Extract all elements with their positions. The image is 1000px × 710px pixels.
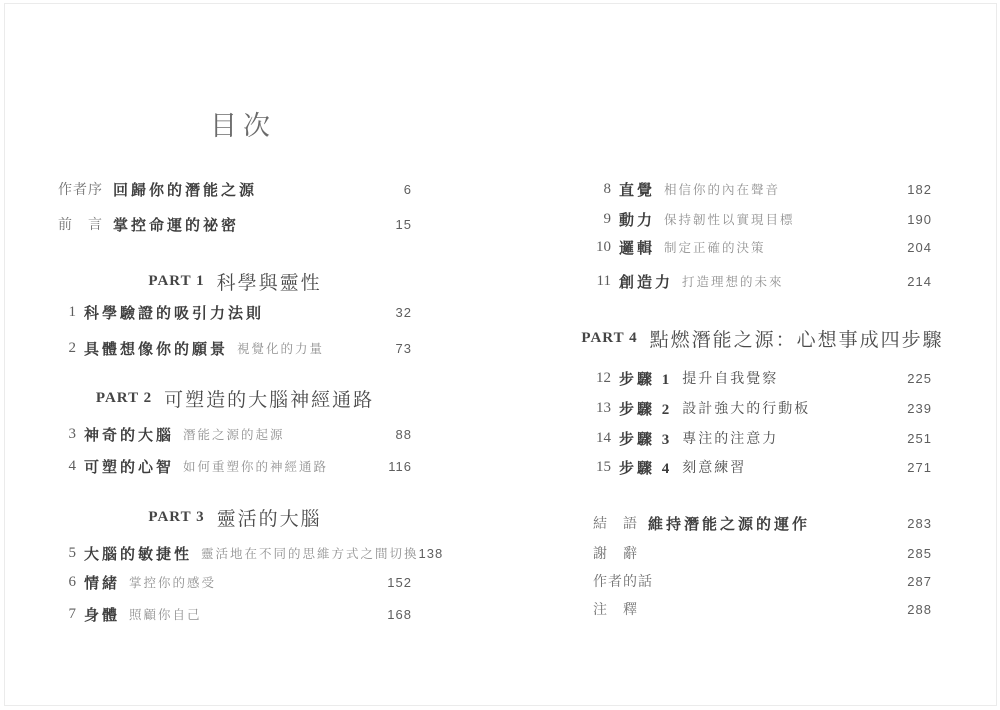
entry-title: 動力 bbox=[619, 209, 655, 230]
entry-title: 情緒 bbox=[84, 572, 120, 593]
page-number: 251 bbox=[907, 431, 932, 446]
page-number: 116 bbox=[388, 459, 412, 474]
entry-title: 掌控命運的祕密 bbox=[113, 214, 239, 235]
entry-title: 身體 bbox=[84, 604, 120, 625]
toc-row: 3神奇的大腦潛能之源的起源88 bbox=[58, 423, 412, 445]
entry-title: 大腦的敏捷性 bbox=[84, 543, 192, 564]
toc-row: 前 言掌控命運的祕密15 bbox=[58, 213, 412, 235]
toc-row: 作者的話287 bbox=[593, 570, 932, 592]
part-label: PART 1 bbox=[148, 273, 204, 290]
entry-title: 步驟 1 bbox=[619, 368, 672, 389]
toc-column-right: 8直覺相信你的內在聲音1829動力保持韌性以實現目標19010邏輯制定正確的決策… bbox=[593, 178, 932, 620]
chapter-number: 14 bbox=[593, 430, 611, 447]
page-number: 190 bbox=[907, 212, 932, 227]
chapter-number: 9 bbox=[593, 211, 611, 228]
page-number: 182 bbox=[907, 182, 932, 197]
chapter-number: 10 bbox=[593, 239, 611, 256]
page-number: 285 bbox=[907, 546, 932, 561]
page-number: 152 bbox=[387, 575, 412, 590]
page-number: 239 bbox=[907, 401, 932, 416]
entry-subtitle: 視覺化的力量 bbox=[237, 339, 324, 357]
part-title: 點燃潛能之源：心想事成四步驟 bbox=[650, 325, 944, 352]
chapter-number: 7 bbox=[58, 606, 76, 623]
chapter-number: 4 bbox=[58, 458, 76, 475]
entry-title: 步驟 2 bbox=[619, 398, 672, 419]
toc-row: 6情緒掌控你的感受152 bbox=[58, 571, 412, 593]
chapter-number: 1 bbox=[58, 304, 76, 321]
section-label: 注 釋 bbox=[593, 599, 638, 619]
toc-page: 目次 作者序回歸你的潛能之源6前 言掌控命運的祕密15PART 1科學與靈性1科… bbox=[0, 0, 1000, 710]
part-title: 科學與靈性 bbox=[217, 268, 322, 295]
entry-subtitle: 如何重塑你的神經通路 bbox=[183, 457, 328, 475]
chapter-number: 15 bbox=[593, 459, 611, 476]
page-number: 271 bbox=[907, 460, 932, 475]
toc-column-left: 作者序回歸你的潛能之源6前 言掌控命運的祕密15PART 1科學與靈性1科學驗證… bbox=[58, 178, 412, 625]
section-label: 作者序 bbox=[58, 179, 103, 199]
entry-title: 科學驗證的吸引力法則 bbox=[84, 302, 264, 323]
entry-subtitle: 照顧你自己 bbox=[129, 605, 202, 623]
toc-row: 9動力保持韌性以實現目標190 bbox=[593, 208, 932, 230]
toc-row: 11創造力打造理想的未來214 bbox=[593, 270, 932, 292]
part-heading: PART 2可塑造的大腦神經通路 bbox=[58, 387, 412, 409]
page-number: 138 bbox=[419, 546, 444, 561]
entry-title: 直覺 bbox=[619, 179, 655, 200]
page-number: 32 bbox=[396, 305, 412, 320]
toc-row: 1科學驗證的吸引力法則32 bbox=[58, 301, 412, 323]
part-label: PART 4 bbox=[581, 330, 637, 347]
chapter-number: 11 bbox=[593, 273, 611, 290]
entry-subtitle: 打造理想的未來 bbox=[682, 272, 784, 290]
page-number: 283 bbox=[907, 516, 932, 531]
part-heading: PART 3靈活的大腦 bbox=[58, 506, 412, 528]
part-title: 靈活的大腦 bbox=[217, 504, 322, 531]
toc-row: 注 釋288 bbox=[593, 598, 932, 620]
page-number: 73 bbox=[396, 341, 412, 356]
chapter-number: 3 bbox=[58, 426, 76, 443]
entry-subtitle: 潛能之源的起源 bbox=[183, 425, 285, 443]
toc-row: 10邏輯制定正確的決策204 bbox=[593, 236, 932, 258]
entry-description: 設計強大的行動板 bbox=[682, 398, 810, 418]
entry-title: 邏輯 bbox=[619, 237, 655, 258]
chapter-number: 2 bbox=[58, 340, 76, 357]
section-label: 前 言 bbox=[58, 214, 103, 234]
page-number: 214 bbox=[907, 274, 932, 289]
toc-row: 謝 辭285 bbox=[593, 542, 932, 564]
chapter-number: 13 bbox=[593, 400, 611, 417]
entry-subtitle: 靈活地在不同的思維方式之間切換 bbox=[201, 544, 419, 562]
toc-row: 12步驟 1提升自我覺察225 bbox=[593, 367, 932, 389]
chapter-number: 6 bbox=[58, 574, 76, 591]
entry-subtitle: 掌控你的感受 bbox=[129, 573, 216, 591]
section-label: 作者的話 bbox=[593, 571, 653, 591]
page-number: 287 bbox=[907, 574, 932, 589]
part-label: PART 3 bbox=[148, 509, 204, 526]
page-number: 204 bbox=[907, 240, 932, 255]
page-title: 目次 bbox=[210, 104, 276, 143]
page-number: 6 bbox=[404, 182, 412, 197]
part-title: 可塑造的大腦神經通路 bbox=[164, 385, 374, 412]
page-number: 88 bbox=[396, 427, 412, 442]
entry-title: 步驟 3 bbox=[619, 428, 672, 449]
chapter-number: 8 bbox=[593, 181, 611, 198]
page-number: 168 bbox=[387, 607, 412, 622]
entry-subtitle: 相信你的內在聲音 bbox=[664, 180, 780, 198]
toc-row: 8直覺相信你的內在聲音182 bbox=[593, 178, 932, 200]
part-heading: PART 1科學與靈性 bbox=[58, 270, 412, 292]
entry-subtitle: 制定正確的決策 bbox=[664, 238, 766, 256]
toc-row: 結 語維持潛能之源的運作283 bbox=[593, 512, 932, 534]
toc-row: 7身體照顧你自己168 bbox=[58, 603, 412, 625]
section-label: 謝 辭 bbox=[593, 543, 638, 563]
chapter-number: 12 bbox=[593, 370, 611, 387]
entry-title: 維持潛能之源的運作 bbox=[648, 513, 810, 534]
toc-row: 13步驟 2設計強大的行動板239 bbox=[593, 397, 932, 419]
toc-row: 4可塑的心智如何重塑你的神經通路116 bbox=[58, 455, 412, 477]
toc-row: 14步驟 3專注的注意力251 bbox=[593, 427, 932, 449]
toc-row: 2具體想像你的願景視覺化的力量73 bbox=[58, 337, 412, 359]
chapter-number: 5 bbox=[58, 545, 76, 562]
page-number: 225 bbox=[907, 371, 932, 386]
entry-title: 創造力 bbox=[619, 271, 673, 292]
part-heading: PART 4點燃潛能之源：心想事成四步驟 bbox=[593, 327, 932, 349]
part-label: PART 2 bbox=[96, 390, 152, 407]
entry-title: 回歸你的潛能之源 bbox=[113, 179, 257, 200]
entry-subtitle: 保持韌性以實現目標 bbox=[664, 210, 795, 228]
toc-row: 作者序回歸你的潛能之源6 bbox=[58, 178, 412, 200]
entry-description: 專注的注意力 bbox=[682, 428, 778, 448]
page-number: 288 bbox=[907, 602, 932, 617]
entry-title: 步驟 4 bbox=[619, 457, 672, 478]
section-label: 結 語 bbox=[593, 513, 638, 533]
entry-title: 可塑的心智 bbox=[84, 456, 174, 477]
toc-row: 5大腦的敏捷性靈活地在不同的思維方式之間切換138 bbox=[58, 542, 412, 564]
entry-description: 提升自我覺察 bbox=[682, 368, 778, 388]
entry-title: 神奇的大腦 bbox=[84, 424, 174, 445]
page-number: 15 bbox=[396, 217, 412, 232]
toc-row: 15步驟 4刻意練習271 bbox=[593, 456, 932, 478]
entry-title: 具體想像你的願景 bbox=[84, 338, 228, 359]
entry-description: 刻意練習 bbox=[682, 457, 746, 477]
